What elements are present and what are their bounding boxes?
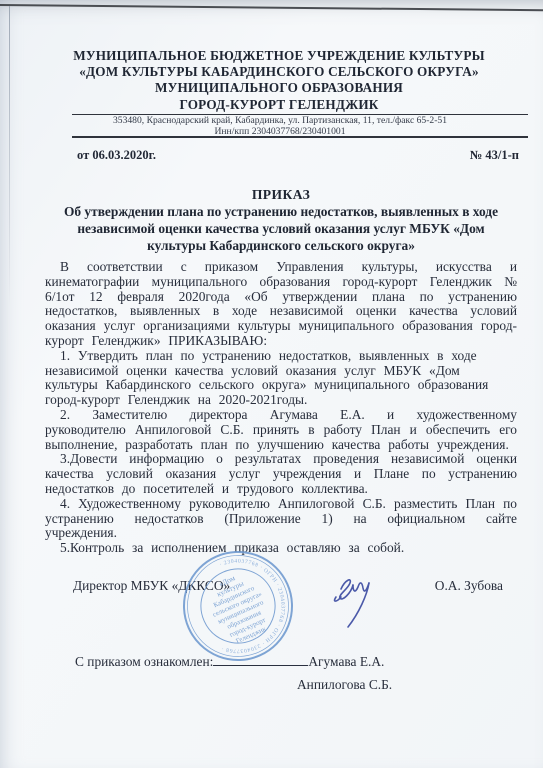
header-rule-bottom: [72, 136, 528, 138]
paragraph-item-4: 4. Художественному руководителю Анпилого…: [45, 497, 517, 541]
scan-edge-top: [0, 4, 543, 11]
document-title: ПРИКАЗ Об утверждении плана по устранени…: [45, 186, 517, 254]
signer-name: О.А. Зубова: [435, 578, 503, 594]
paragraph-item-3: 3.Довести информацию о результатах прове…: [45, 452, 517, 496]
paragraph-intro: В соответствии с приказом Управления кул…: [45, 260, 517, 349]
acknowledgement-block: С приказом ознакомлен:Агумава Е.А. Анпил…: [75, 652, 392, 693]
signature-line: [213, 652, 308, 666]
scan-edge-left: [9, 6, 10, 306]
org-name-line: МУНИЦИПАЛЬНОГО ОБРАЗОВАНИЯ: [40, 80, 518, 96]
document-body: В соответствии с приказом Управления кул…: [45, 260, 517, 556]
letterhead: МУНИЦИПАЛЬНОЕ БЮДЖЕТНОЕ УЧРЕЖДЕНИЕ КУЛЬТ…: [40, 48, 518, 113]
scanned-order-page: МУНИЦИПАЛЬНОЕ БЮДЖЕТНОЕ УЧРЕЖДЕНИЕ КУЛЬТ…: [0, 0, 543, 768]
acknowledger-name: Агумава Е.А.: [308, 654, 384, 669]
document-meta: от 06.03.2020г. № 43/1-п: [77, 148, 519, 163]
paragraph-item-1: 1. Утвердить план по устранению недостат…: [45, 349, 517, 408]
document-kind: ПРИКАЗ: [45, 186, 517, 203]
org-address: 353480, Краснодарский край, Кабардинка, …: [60, 116, 500, 138]
org-name-line: «ДОМ КУЛЬТУРЫ КАБАРДИНСКОГО СЕЛЬСКОГО ОК…: [40, 64, 518, 80]
official-stamp: · 2304037768 · ОГРН · 2304037768 · ОГРН …: [182, 550, 294, 662]
document-subject: Об утверждении плана по устранению недос…: [45, 203, 517, 254]
handwritten-signature: [328, 573, 388, 643]
document-date: от 06.03.2020г.: [77, 148, 156, 163]
paragraph-item-2: 2. Заместителю директора Агумава Е.А. и …: [45, 408, 517, 452]
org-name-line: ГОРОД-КУРОРТ ГЕЛЕНДЖИК: [40, 97, 518, 113]
org-name-line: МУНИЦИПАЛЬНОЕ БЮДЖЕТНОЕ УЧРЕЖДЕНИЕ КУЛЬТ…: [40, 48, 518, 64]
acknowledger-name: Анпилогова С.Б.: [297, 677, 392, 693]
document-number: № 43/1-п: [470, 148, 519, 163]
acknowledgement-label: С приказом ознакомлен:: [75, 654, 213, 669]
